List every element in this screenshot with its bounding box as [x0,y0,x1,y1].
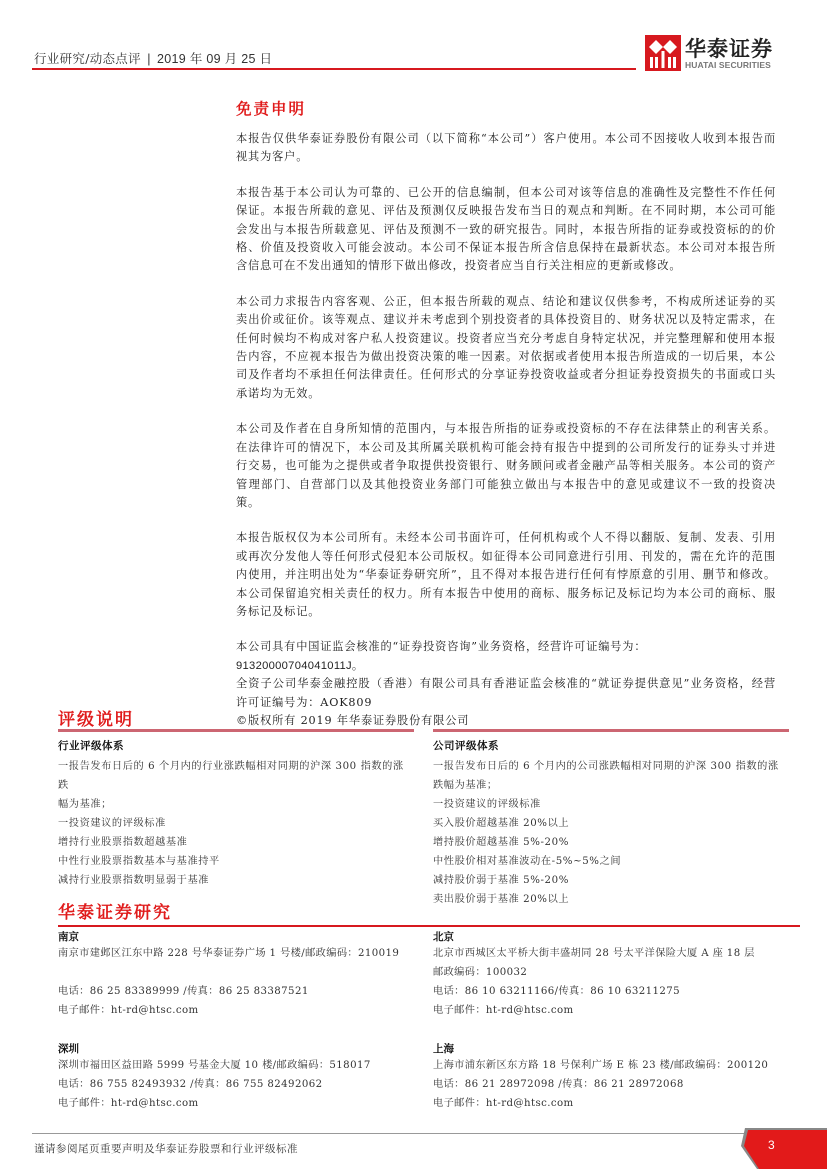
huatai-logo-icon [645,35,681,71]
company-rating-line: 跌幅为基准； [433,776,789,795]
office-phone-fax: 电话：86 755 82493932 /传真：86 755 82492062 [58,1075,428,1094]
company-rating-line: 增持股价超越基准 5%-20% [433,833,789,852]
office-email: 电子邮件：ht-rd@htsc.com [433,1001,803,1020]
page-number-tab [735,1128,827,1169]
office-phone-fax: 电话：86 25 83389999 /传真：86 25 83387521 [58,982,428,1001]
office-address: 上海市浦东新区东方路 18 号保利广场 E 栋 23 楼/邮政编码：200120 [433,1056,803,1075]
footer-divider [32,1133,752,1134]
header-separator: | [147,52,151,66]
report-date: 2019 年 09 月 25 日 [157,52,272,66]
office-address: 深圳市福田区益田路 5999 号基金大厦 10 楼/邮政编码：518017 [58,1056,428,1075]
industry-rating-line: 中性行业股票指数基本与基准持平 [58,852,414,871]
office-city: 上海 [433,1041,803,1056]
office-phone-fax: 电话：86 21 28972098 /传真：86 21 28972068 [433,1075,803,1094]
company-rating-heading: 公司评级体系 [433,738,789,753]
copyright-notice: ©版权所有 2019 年华泰证券股份有限公司 [236,712,776,730]
industry-rating-column: 行业评级体系 一报告发布日后的 6 个月内的行业涨跌幅相对同期的沪深 300 指… [58,729,414,890]
office-city: 北京 [433,929,803,944]
header-divider [32,68,636,70]
company-rating-line: 减持股价弱于基准 5%-20% [433,871,789,890]
company-rating-line: 一报告发布日后的 6 个月内的公司涨跌幅相对同期的沪深 300 指数的涨 [433,757,789,776]
report-category: 行业研究/动态点评 [34,51,141,66]
office-email: 电子邮件：ht-rd@htsc.com [58,1094,428,1113]
industry-rating-line: 幅为基准； [58,795,414,814]
logo-chinese-name: 华泰证券 [685,33,773,63]
industry-rating-heading: 行业评级体系 [58,738,414,753]
office-nanjing: 南京 南京市建邺区江东中路 228 号华泰证券广场 1 号楼/邮政编码：2100… [58,929,428,1020]
page-header: 行业研究/动态点评 | 2019 年 09 月 25 日 华泰证券 HUATAI… [0,0,827,80]
office-phone-fax: 电话：86 10 63211166/传真：86 10 63211275 [433,982,803,1001]
industry-rating-line: 一投资建议的评级标准 [58,814,414,833]
office-city: 深圳 [58,1041,428,1056]
industry-rating-line: 减持行业股票指数明显弱于基准 [58,871,414,890]
disclaimer-paragraph-1: 本报告仅供华泰证券股份有限公司（以下简称“本公司”）客户使用。本公司不因接收人收… [236,130,776,167]
research-title: 华泰证券研究 [58,898,800,923]
research-contacts-section: 华泰证券研究 南京 南京市建邺区江东中路 228 号华泰证券广场 1 号楼/邮政… [58,898,800,923]
company-rating-divider [433,729,789,732]
office-postcode: 邮政编码：100032 [433,963,803,982]
license-number-1: 91320000704041011J。 [236,657,776,675]
company-rating-line: 一投资建议的评级标准 [433,795,789,814]
license-statement-1: 本公司具有中国证监会核准的“证券投资咨询”业务资格，经营许可证编号为： [236,638,776,656]
disclaimer-paragraph-4: 本公司及作者在自身所知情的范围内，与本报告所指的证券或投资标的不存在法律禁止的利… [236,420,776,512]
rating-explanation-title: 评级说明 [58,705,134,730]
page-number: 3 [768,1138,775,1152]
office-city: 南京 [58,929,428,944]
disclaimer-title: 免责申明 [236,97,776,119]
company-rating-column: 公司评级体系 一报告发布日后的 6 个月内的公司涨跌幅相对同期的沪深 300 指… [433,729,789,909]
industry-rating-line: 增持行业股票指数超越基准 [58,833,414,852]
research-divider [58,925,800,927]
company-rating-line: 中性股价相对基准波动在-5%~5%之间 [433,852,789,871]
office-address: 南京市建邺区江东中路 228 号华泰证券广场 1 号楼/邮政编码：210019 [58,944,428,963]
company-rating-line: 买入股价超越基准 20%以上 [433,814,789,833]
huatai-logo: 华泰证券 HUATAI SECURITIES [645,35,795,75]
logo-english-name: HUATAI SECURITIES [685,60,771,70]
disclaimer-paragraph-3: 本公司力求报告内容客观、公正，但本报告所载的观点、结论和建议仅供参考，不构成所述… [236,293,776,403]
office-email: 电子邮件：ht-rd@htsc.com [433,1094,803,1113]
disclaimer-section: 免责申明 本报告仅供华泰证券股份有限公司（以下简称“本公司”）客户使用。本公司不… [236,97,776,730]
office-address: 北京市西城区太平桥大街丰盛胡同 28 号太平洋保险大厦 A 座 18 层 [433,944,803,963]
footer-notice: 谨请参阅尾页重要声明及华泰证券股票和行业评级标准 [34,1141,298,1156]
industry-rating-line: 一报告发布日后的 6 个月内的行业涨跌幅相对同期的沪深 300 指数的涨跌 [58,757,414,795]
office-shenzhen: 深圳 深圳市福田区益田路 5999 号基金大厦 10 楼/邮政编码：518017… [58,1041,428,1113]
office-spacer [58,963,428,982]
header-breadcrumb: 行业研究/动态点评 | 2019 年 09 月 25 日 [34,49,272,67]
office-shanghai: 上海 上海市浦东新区东方路 18 号保利广场 E 栋 23 楼/邮政编码：200… [433,1041,803,1113]
license-statement-2: 全资子公司华泰金融控股（香港）有限公司具有香港证监会核准的“就证券提供意见”业务… [236,675,776,712]
industry-rating-divider [58,729,414,732]
disclaimer-paragraph-5: 本报告版权仅为本公司所有。未经本公司书面许可，任何机构或个人不得以翻版、复制、发… [236,529,776,621]
office-beijing: 北京 北京市西城区太平桥大街丰盛胡同 28 号太平洋保险大厦 A 座 18 层 … [433,929,803,1020]
disclaimer-paragraph-2: 本报告基于本公司认为可靠的、已公开的信息编制，但本公司对该等信息的准确性及完整性… [236,184,776,276]
office-email: 电子邮件：ht-rd@htsc.com [58,1001,428,1020]
